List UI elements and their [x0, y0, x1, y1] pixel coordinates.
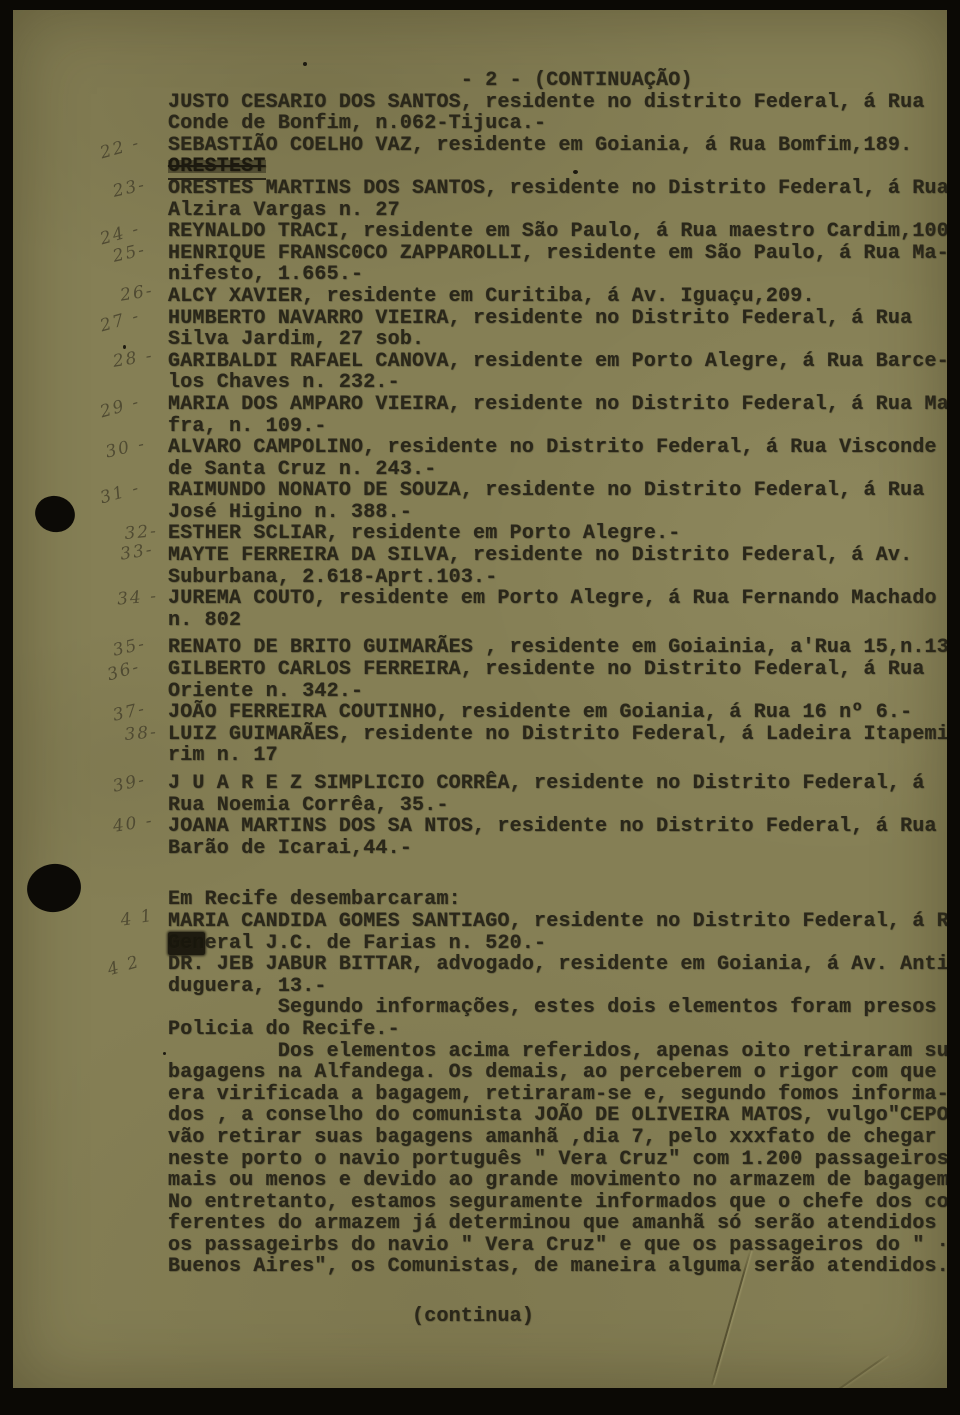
- typewritten-text: nifesto, 1.665.-: [168, 264, 947, 286]
- typewritten-text: Rua Noemia Corrêa, 35.-: [168, 795, 947, 817]
- document-line: 33-MAYTE FERREIRA DA SILVA, residente no…: [168, 545, 947, 567]
- typewritten-text: GILBERTO CARLOS FERREIRA, residente no D…: [168, 659, 947, 681]
- typewritten-text: Segundo informações, estes dois elemento…: [168, 997, 947, 1019]
- typewritten-text: JOÃO FERREIRA COUTINHO, residente em Goi…: [168, 702, 947, 724]
- document-line: los Chaves n. 232.-: [168, 372, 947, 394]
- document-line: 24 -REYNALDO TRACI, residente em São Pau…: [168, 221, 947, 243]
- typewritten-text: General J.C. de Farias n. 520.-: [168, 933, 947, 955]
- typewritten-text: ALCY XAVIER, residente em Curitiba, á Av…: [168, 286, 947, 308]
- document-line: 4 2DR. JEB JABUR BITTAR, advogado, resid…: [168, 954, 947, 976]
- typewritten-text: ORESTES MARTINS DOS SANTOS, residente no…: [168, 178, 947, 200]
- document-line: 28 -GARIBALDI RAFAEL CANOVA, residente e…: [168, 351, 947, 373]
- handwritten-margin-number: 28 -: [71, 345, 155, 379]
- typewritten-text: os passageirbs do navio " Vera Cruz" e q…: [168, 1235, 947, 1257]
- ink-blot: [23, 860, 85, 917]
- document-line: 31 -RAIMUNDO NONATO DE SOUZA, residente …: [168, 480, 947, 502]
- document-line: - 2 - (CONTINUAÇÃO): [168, 70, 947, 92]
- document-line: Policia do Recife.-: [168, 1019, 947, 1041]
- document-line: 22 -SEBASTIÃO COELHO VAZ, residente em G…: [168, 135, 947, 157]
- typewritten-text: JOANA MARTINS DOS SA NTOS, residente no …: [168, 816, 947, 838]
- typewritten-text: ESTHER SCLIAR, residente em Porto Alegre…: [168, 523, 947, 545]
- handwritten-margin-number: 30 -: [64, 434, 149, 473]
- typewritten-text: neste porto o navio português " Vera Cru…: [168, 1149, 947, 1171]
- document-line: José Higino n. 388.-: [168, 502, 947, 524]
- document-line: 36-GILBERTO CARLOS FERREIRA, residente n…: [168, 659, 947, 681]
- typewritten-text: JUREMA COUTO, residente em Porto Alegre,…: [168, 588, 947, 610]
- typewritten-text: MARIA DOS AMPARO VIEIRA, residente no Di…: [168, 394, 947, 416]
- typewritten-text: fra, n. 109.-: [168, 416, 947, 438]
- document-line: Conde de Bonfim, n.062-Tijuca.-: [168, 113, 947, 135]
- document-line: 30 -ALVARO CAMPOLINO, residente no Distr…: [168, 437, 947, 459]
- typewritten-text: los Chaves n. 232.-: [168, 372, 947, 394]
- typewritten-text: Policia do Recife.-: [168, 1019, 947, 1041]
- document-text-block: - 2 - (CONTINUAÇÃO)JUSTO CESARIO DOS SAN…: [168, 70, 947, 1328]
- document-line: Oriente n. 342.-: [168, 681, 947, 703]
- typewritten-text: ferentes do armazem já determinou que am…: [168, 1213, 947, 1235]
- typewritten-text: ORESTEST: [168, 156, 947, 178]
- paper-speck: [573, 170, 578, 174]
- document-line: No entretanto, estamos seguramente infor…: [168, 1192, 947, 1214]
- document-line: 39-J U A R E Z SIMPLICIO CORRÊA, residen…: [168, 773, 947, 795]
- document-line: neste porto o navio português " Vera Cru…: [168, 1149, 947, 1171]
- document-page: - 2 - (CONTINUAÇÃO)JUSTO CESARIO DOS SAN…: [13, 10, 947, 1388]
- document-line: 37-JOÃO FERREIRA COUTINHO, residente em …: [168, 702, 947, 724]
- document-line: 27 -HUMBERTO NAVARRO VIEIRA, residente n…: [168, 308, 947, 330]
- paper-crease: [830, 1354, 888, 1388]
- paper-speck: [123, 345, 126, 349]
- typewritten-text: Buenos Aires", os Comunistas, de maneira…: [168, 1256, 947, 1278]
- document-line: 35-RENATO DE BRITO GUIMARÃES , residente…: [168, 637, 947, 659]
- handwritten-margin-number: 34 -: [75, 586, 159, 615]
- typewritten-text: rim n. 17: [168, 745, 947, 767]
- document-line: era virificada a bagagem, retiraram-se e…: [168, 1084, 947, 1106]
- document-line: 23-ORESTES MARTINS DOS SANTOS, residente…: [168, 178, 947, 200]
- document-line: General J.C. de Farias n. 520.-: [168, 933, 947, 955]
- document-line: fra, n. 109.-: [168, 416, 947, 438]
- document-line: Em Recife desembarcaram:: [168, 889, 947, 911]
- typewritten-text: JUSTO CESARIO DOS SANTOS, residente no d…: [168, 92, 947, 114]
- typewritten-text: HENRIQUE FRANSC0CO ZAPPAROLLI, residente…: [168, 243, 947, 265]
- document-line: rim n. 17: [168, 745, 947, 767]
- handwritten-margin-number: 4 1: [71, 906, 155, 940]
- typewritten-text: José Higino n. 388.-: [168, 502, 947, 524]
- typewritten-text: mais ou menos e devido ao grande movimen…: [168, 1170, 947, 1192]
- document-line: 29 -MARIA DOS AMPARO VIEIRA, residente n…: [168, 394, 947, 416]
- typewritten-text: Conde de Bonfim, n.062-Tijuca.-: [168, 113, 947, 135]
- typewritten-text: dos , a conselho do comunista JOÃO DE OL…: [168, 1105, 947, 1127]
- document-line: Dos elementos acima referidos, apenas oi…: [168, 1041, 947, 1063]
- typewritten-text: bagagens na Alfandega. Os demais, ao per…: [168, 1062, 947, 1084]
- paper-speck: [163, 1052, 166, 1055]
- blackout-text-segment: Gen: [168, 932, 205, 955]
- document-line: bagagens na Alfandega. Os demais, ao per…: [168, 1062, 947, 1084]
- paper-speck: [303, 62, 307, 66]
- typewritten-text: MARIA CANDIDA GOMES SANTIAGO, residente …: [168, 911, 947, 933]
- typewritten-text: de Santa Cruz n. 243.-: [168, 459, 947, 481]
- handwritten-margin-number: 4 2: [58, 952, 143, 995]
- document-line: 38-LUIZ GUIMARÃES, residente no Distrito…: [168, 724, 947, 746]
- typewritten-text: Suburbana, 2.618-Aprt.103.-: [168, 567, 947, 589]
- typewritten-text: duguera, 13.-: [168, 976, 947, 998]
- typewritten-text: era virificada a bagagem, retiraram-se e…: [168, 1084, 947, 1106]
- typewritten-text: J U A R E Z SIMPLICIO CORRÊA, residente …: [168, 773, 947, 795]
- typewritten-text: ALVARO CAMPOLINO, residente no Distrito …: [168, 437, 947, 459]
- typewritten-text: Silva Jardim, 27 sob.: [168, 329, 947, 351]
- handwritten-margin-number: 27 -: [58, 305, 143, 348]
- document-line: os passageirbs do navio " Vera Cruz" e q…: [168, 1235, 947, 1257]
- typewritten-text: MAYTE FERREIRA DA SILVA, residente no Di…: [168, 545, 947, 567]
- document-line: 4 1MARIA CANDIDA GOMES SANTIAGO, residen…: [168, 911, 947, 933]
- typewritten-text: LUIZ GUIMARÃES, residente no Distrito Fe…: [168, 724, 947, 746]
- document-line: nifesto, 1.665.-: [168, 264, 947, 286]
- typewritten-text: SEBASTIÃO COELHO VAZ, residente em Goian…: [168, 135, 947, 157]
- document-line: Alzira Vargas n. 27: [168, 200, 947, 222]
- handwritten-margin-number: 22 -: [58, 133, 143, 176]
- typewritten-text: DR. JEB JABUR BITTAR, advogado, resident…: [168, 954, 947, 976]
- handwritten-margin-number: 39-: [64, 770, 149, 809]
- document-line: ferentes do armazem já determinou que am…: [168, 1213, 947, 1235]
- typewritten-text: Alzira Vargas n. 27: [168, 200, 947, 222]
- document-line: vão retirar suas bagagens amanhã ,dia 7,…: [168, 1127, 947, 1149]
- typewritten-text: HUMBERTO NAVARRO VIEIRA, residente no Di…: [168, 308, 947, 330]
- handwritten-margin-number: 40 -: [71, 811, 155, 845]
- document-line: Suburbana, 2.618-Aprt.103.-: [168, 567, 947, 589]
- typewritten-text: vão retirar suas bagagens amanhã ,dia 7,…: [168, 1127, 947, 1149]
- document-line: ORESTEST: [168, 156, 947, 178]
- document-line: 32-ESTHER SCLIAR, residente em Porto Ale…: [168, 523, 947, 545]
- typewritten-text: RENATO DE BRITO GUIMARÃES , residente em…: [168, 637, 947, 659]
- typewritten-text: GARIBALDI RAFAEL CANOVA, residente em Po…: [168, 351, 947, 373]
- document-line: 26-ALCY XAVIER, residente em Curitiba, á…: [168, 286, 947, 308]
- document-line: Barão de Icarai,44.-: [168, 838, 947, 860]
- document-line: dos , a conselho do comunista JOÃO DE OL…: [168, 1105, 947, 1127]
- typewritten-text: (continua): [168, 1306, 947, 1328]
- typewritten-text: - 2 - (CONTINUAÇÃO): [168, 70, 947, 92]
- text-segment: eral J.C. de Farias n. 520.-: [205, 932, 547, 955]
- handwritten-margin-number: 26-: [71, 281, 155, 315]
- document-line: Buenos Aires", os Comunistas, de maneira…: [168, 1256, 947, 1278]
- document-line: Silva Jardim, 27 sob.: [168, 329, 947, 351]
- document-line: duguera, 13.-: [168, 976, 947, 998]
- document-line: 25-HENRIQUE FRANSC0CO ZAPPAROLLI, reside…: [168, 243, 947, 265]
- document-line: (continua): [168, 1306, 947, 1328]
- typewritten-text: Dos elementos acima referidos, apenas oi…: [168, 1041, 947, 1063]
- document-line: n. 802: [168, 610, 947, 632]
- typewritten-text: n. 802: [168, 610, 947, 632]
- handwritten-margin-number: 29 -: [58, 392, 143, 435]
- document-line: Rua Noemia Corrêa, 35.-: [168, 795, 947, 817]
- document-line: JUSTO CESARIO DOS SANTOS, residente no d…: [168, 92, 947, 114]
- scan-background: - 2 - (CONTINUAÇÃO)JUSTO CESARIO DOS SAN…: [0, 0, 960, 1415]
- handwritten-margin-number: 23-: [64, 175, 149, 214]
- typewritten-text: No entretanto, estamos seguramente infor…: [168, 1192, 947, 1214]
- document-line: 40 -JOANA MARTINS DOS SA NTOS, residente…: [168, 816, 947, 838]
- typewritten-text: Em Recife desembarcaram:: [168, 889, 947, 911]
- document-line: de Santa Cruz n. 243.-: [168, 459, 947, 481]
- document-line: Segundo informações, estes dois elemento…: [168, 997, 947, 1019]
- typewritten-text: Barão de Icarai,44.-: [168, 838, 947, 860]
- typewritten-text: Oriente n. 342.-: [168, 681, 947, 703]
- typewritten-text: REYNALDO TRACI, residente em São Paulo, …: [168, 221, 947, 243]
- document-line: mais ou menos e devido ao grande movimen…: [168, 1170, 947, 1192]
- document-line: 34 -JUREMA COUTO, residente em Porto Ale…: [168, 588, 947, 610]
- typewritten-text: RAIMUNDO NONATO DE SOUZA, residente no D…: [168, 480, 947, 502]
